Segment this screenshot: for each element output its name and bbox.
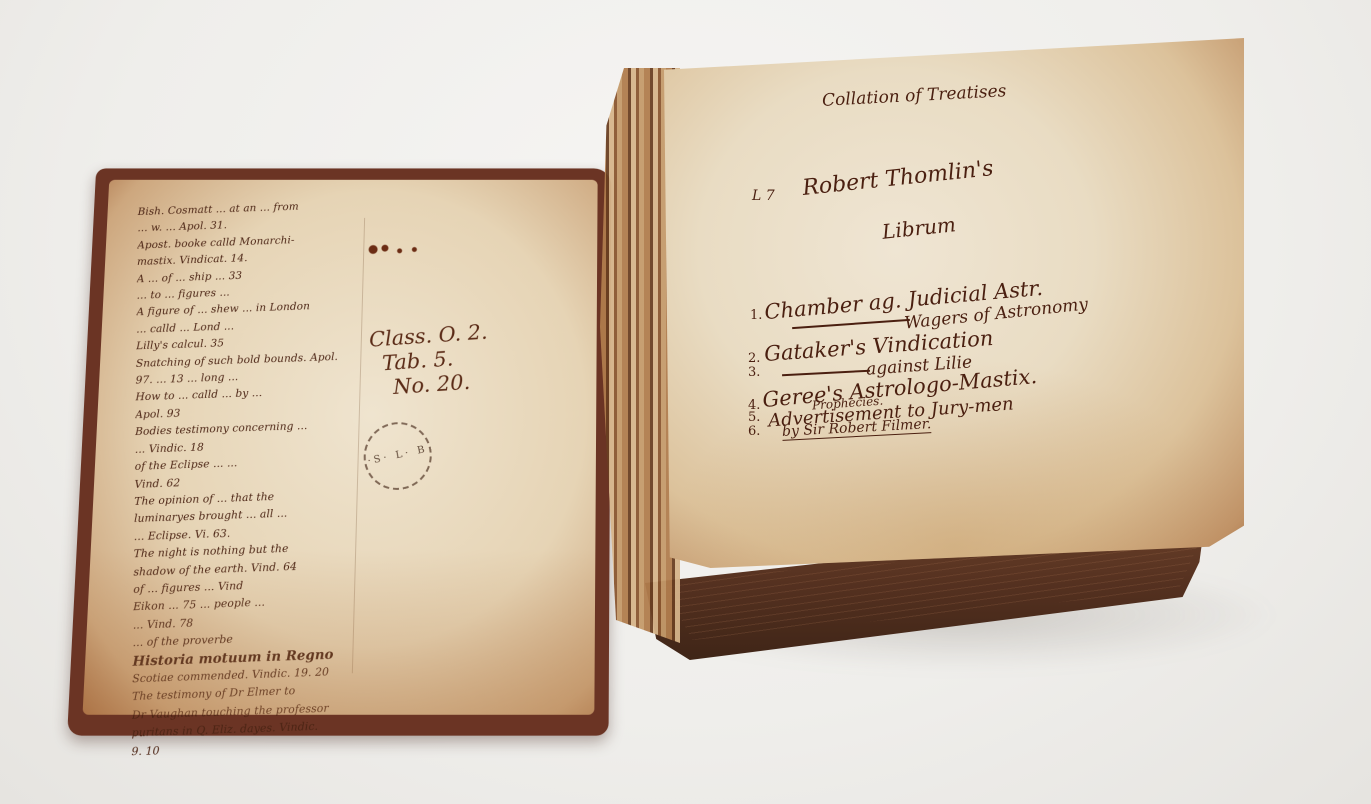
item-number: 6. [748, 424, 760, 439]
item-number: 5. [748, 410, 760, 425]
right-volume-contents-list: Collation of Treatises L 7 Robert Thomli… [664, 38, 1244, 568]
note-line: ... of the proverbe [133, 627, 357, 653]
left-flyleaf-page: Bish. Cosmatt ... at an ... from ... w. … [83, 180, 598, 715]
photograph-scene: Bish. Cosmatt ... at an ... from ... w. … [0, 0, 1371, 804]
library-stamp: ·S· L· B [358, 416, 438, 496]
note-line-historia: Historia motuum in Regno [132, 645, 356, 671]
handwritten-index-notes: Bish. Cosmatt ... at an ... from ... w. … [131, 197, 357, 761]
collation-title: Collation of Treatises [822, 81, 1007, 111]
underline-rule [782, 370, 870, 376]
ink-blot-marks [367, 243, 426, 256]
item-number: 2. [748, 351, 760, 366]
item-number: 1. [750, 308, 762, 323]
owner-inscription-librum: Librum [881, 212, 957, 244]
note-line: of ... figures ... Vind [133, 574, 356, 600]
owner-inscription: Robert Thomlin's [801, 156, 994, 201]
left-manuscript-volume: Bish. Cosmatt ... at an ... from ... w. … [67, 168, 611, 735]
note-line: The testimony of Dr Elmer to [132, 681, 357, 707]
item-number: 3. [748, 365, 760, 380]
note-line: Eikon ... 75 ... people ... [133, 591, 356, 617]
note-line: Scotiae commended. Vindic. 19. 20 [132, 663, 357, 689]
marginal-mark: L 7 [752, 188, 775, 204]
underline-rule [792, 319, 910, 329]
library-shelfmark: Class. O. 2. Tab. 5. No. 20. [369, 320, 491, 401]
note-line: ... Vind. 78 [133, 609, 357, 635]
note-line: shadow of the earth. Vind. 64 [133, 556, 356, 581]
